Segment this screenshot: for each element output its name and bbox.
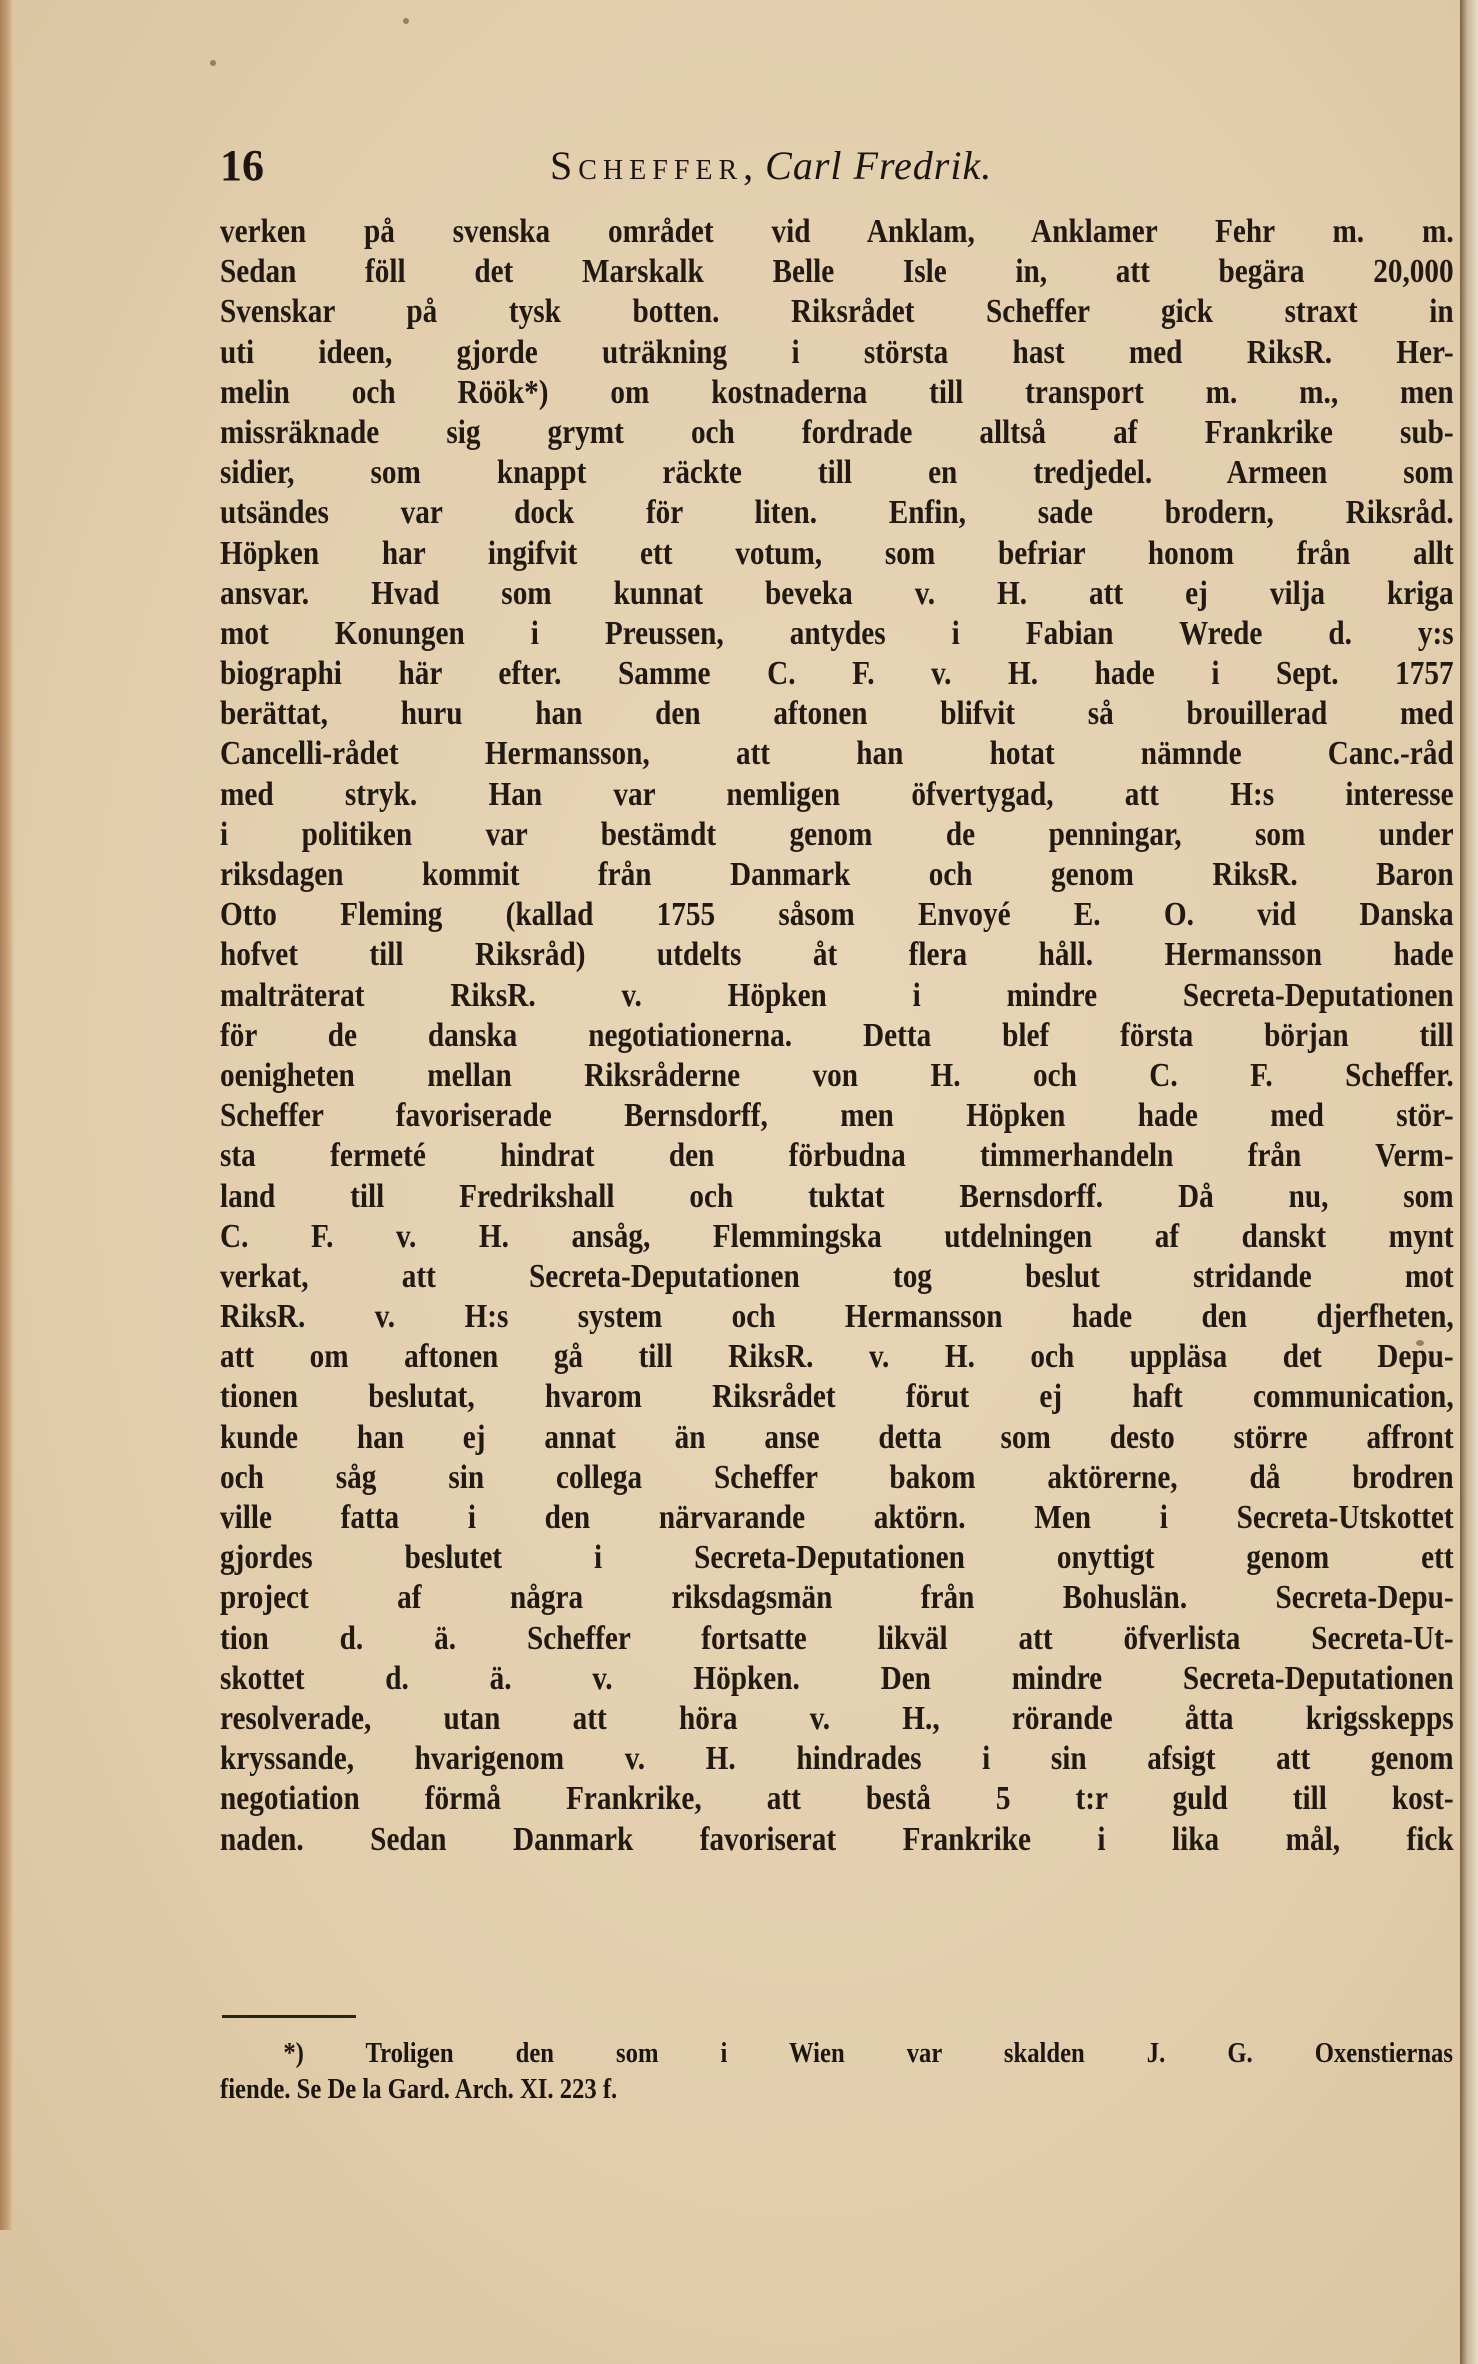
text-line: malträterat RiksR. v. Höpken i mindre Se… — [220, 976, 1454, 1016]
running-title-surname: Scheffer — [550, 143, 743, 188]
paper-speck — [210, 60, 216, 66]
text-line: att om aftonen gå till RiksR. v. H. och … — [220, 1337, 1454, 1377]
text-line: gjordes beslutet i Secreta-Deputationen … — [220, 1538, 1454, 1578]
running-title: Scheffer, Carl Fredrik. — [550, 142, 992, 189]
text-line: Svenskar på tysk botten. Riksrådet Schef… — [220, 292, 1454, 332]
text-line: sta fermeté hindrat den förbudna timmerh… — [220, 1136, 1454, 1176]
text-line: tionen beslutat, hvarom Riksrådet förut … — [220, 1377, 1454, 1417]
book-page: 16 Scheffer, Carl Fredrik. verken på sve… — [0, 0, 1460, 2364]
text-line: resolverade, utan att höra v. H., rörand… — [220, 1699, 1454, 1739]
text-line: för de danska negotiationerna. Detta ble… — [220, 1016, 1454, 1056]
text-line: hofvet till Riksråd) utdelts åt flera hå… — [220, 935, 1454, 975]
running-title-separator: , — [743, 143, 754, 188]
text-line: verken på svenska området vid Anklam, An… — [220, 212, 1454, 252]
text-line: ansvar. Hvad som kunnat beveka v. H. att… — [220, 574, 1454, 614]
text-line: och såg sin collega Scheffer bakom aktör… — [220, 1458, 1454, 1498]
running-header: 16 Scheffer, Carl Fredrik. — [220, 140, 1380, 200]
text-line: verkat, att Secreta-Deputationen tog bes… — [220, 1257, 1454, 1297]
text-line: project af några riksdagsmän från Bohusl… — [220, 1578, 1454, 1618]
body-text: verken på svenska området vid Anklam, An… — [220, 212, 1332, 1860]
text-line: i politiken var bestämdt genom de pennin… — [220, 815, 1454, 855]
text-line: kryssande, hvarigenom v. H. hindrades i … — [220, 1739, 1454, 1779]
text-line: land till Fredrikshall och tuktat Bernsd… — [220, 1177, 1454, 1217]
book-gutter — [1460, 0, 1478, 2364]
page-edge — [0, 0, 14, 2230]
footnote-line: fiende. Se De la Gard. Arch. XI. 223 f. — [220, 2072, 1453, 2108]
text-line: negotiation förmå Frankrike, att bestå 5… — [220, 1779, 1454, 1819]
footnote-rule — [222, 2015, 356, 2018]
text-line: utsändes var dock för liten. Enfin, sade… — [220, 493, 1454, 533]
text-line: uti ideen, gjorde uträkning i största ha… — [220, 333, 1454, 373]
text-line: Sedan föll det Marskalk Belle Isle in, a… — [220, 252, 1454, 292]
page-number: 16 — [220, 140, 264, 191]
text-line: skottet d. ä. v. Höpken. Den mindre Secr… — [220, 1659, 1454, 1699]
text-line: berättat, huru han den aftonen blifvit s… — [220, 694, 1454, 734]
text-line: tion d. ä. Scheffer fortsatte likväl att… — [220, 1619, 1454, 1659]
paper-speck — [403, 18, 409, 24]
text-line: RiksR. v. H:s system och Hermansson hade… — [220, 1297, 1454, 1337]
text-line: mot Konungen i Preussen, antydes i Fabia… — [220, 614, 1454, 654]
text-line: naden. Sedan Danmark favoriserat Frankri… — [220, 1820, 1454, 1860]
text-line: missräknade sig grymt och fordrade allts… — [220, 413, 1454, 453]
text-line: Otto Fleming (kallad 1755 såsom Envoyé E… — [220, 895, 1454, 935]
text-line: ville fatta i den närvarande aktörn. Men… — [220, 1498, 1454, 1538]
text-line: kunde han ej annat än anse detta som des… — [220, 1418, 1454, 1458]
text-line: sidier, som knappt räckte till en tredje… — [220, 453, 1454, 493]
text-line: biographi här efter. Samme C. F. v. H. h… — [220, 654, 1454, 694]
text-line: Höpken har ingifvit ett votum, som befri… — [220, 534, 1454, 574]
footnote: *) Troligen den som i Wien var skalden J… — [220, 2036, 1332, 2108]
running-title-given: Carl Fredrik. — [765, 143, 992, 188]
text-line: riksdagen kommit från Danmark och genom … — [220, 855, 1454, 895]
text-line: Scheffer favoriserade Bernsdorff, men Hö… — [220, 1096, 1454, 1136]
text-line: C. F. v. H. ansåg, Flemmingska utdelning… — [220, 1217, 1454, 1257]
text-line: melin och Röök*) om kostnaderna till tra… — [220, 373, 1454, 413]
text-line: med stryk. Han var nemligen öfvertygad, … — [220, 775, 1454, 815]
footnote-line: *) Troligen den som i Wien var skalden J… — [220, 2036, 1453, 2072]
text-line: oenigheten mellan Riksråderne von H. och… — [220, 1056, 1454, 1096]
text-line: Cancelli-rådet Hermansson, att han hotat… — [220, 734, 1454, 774]
